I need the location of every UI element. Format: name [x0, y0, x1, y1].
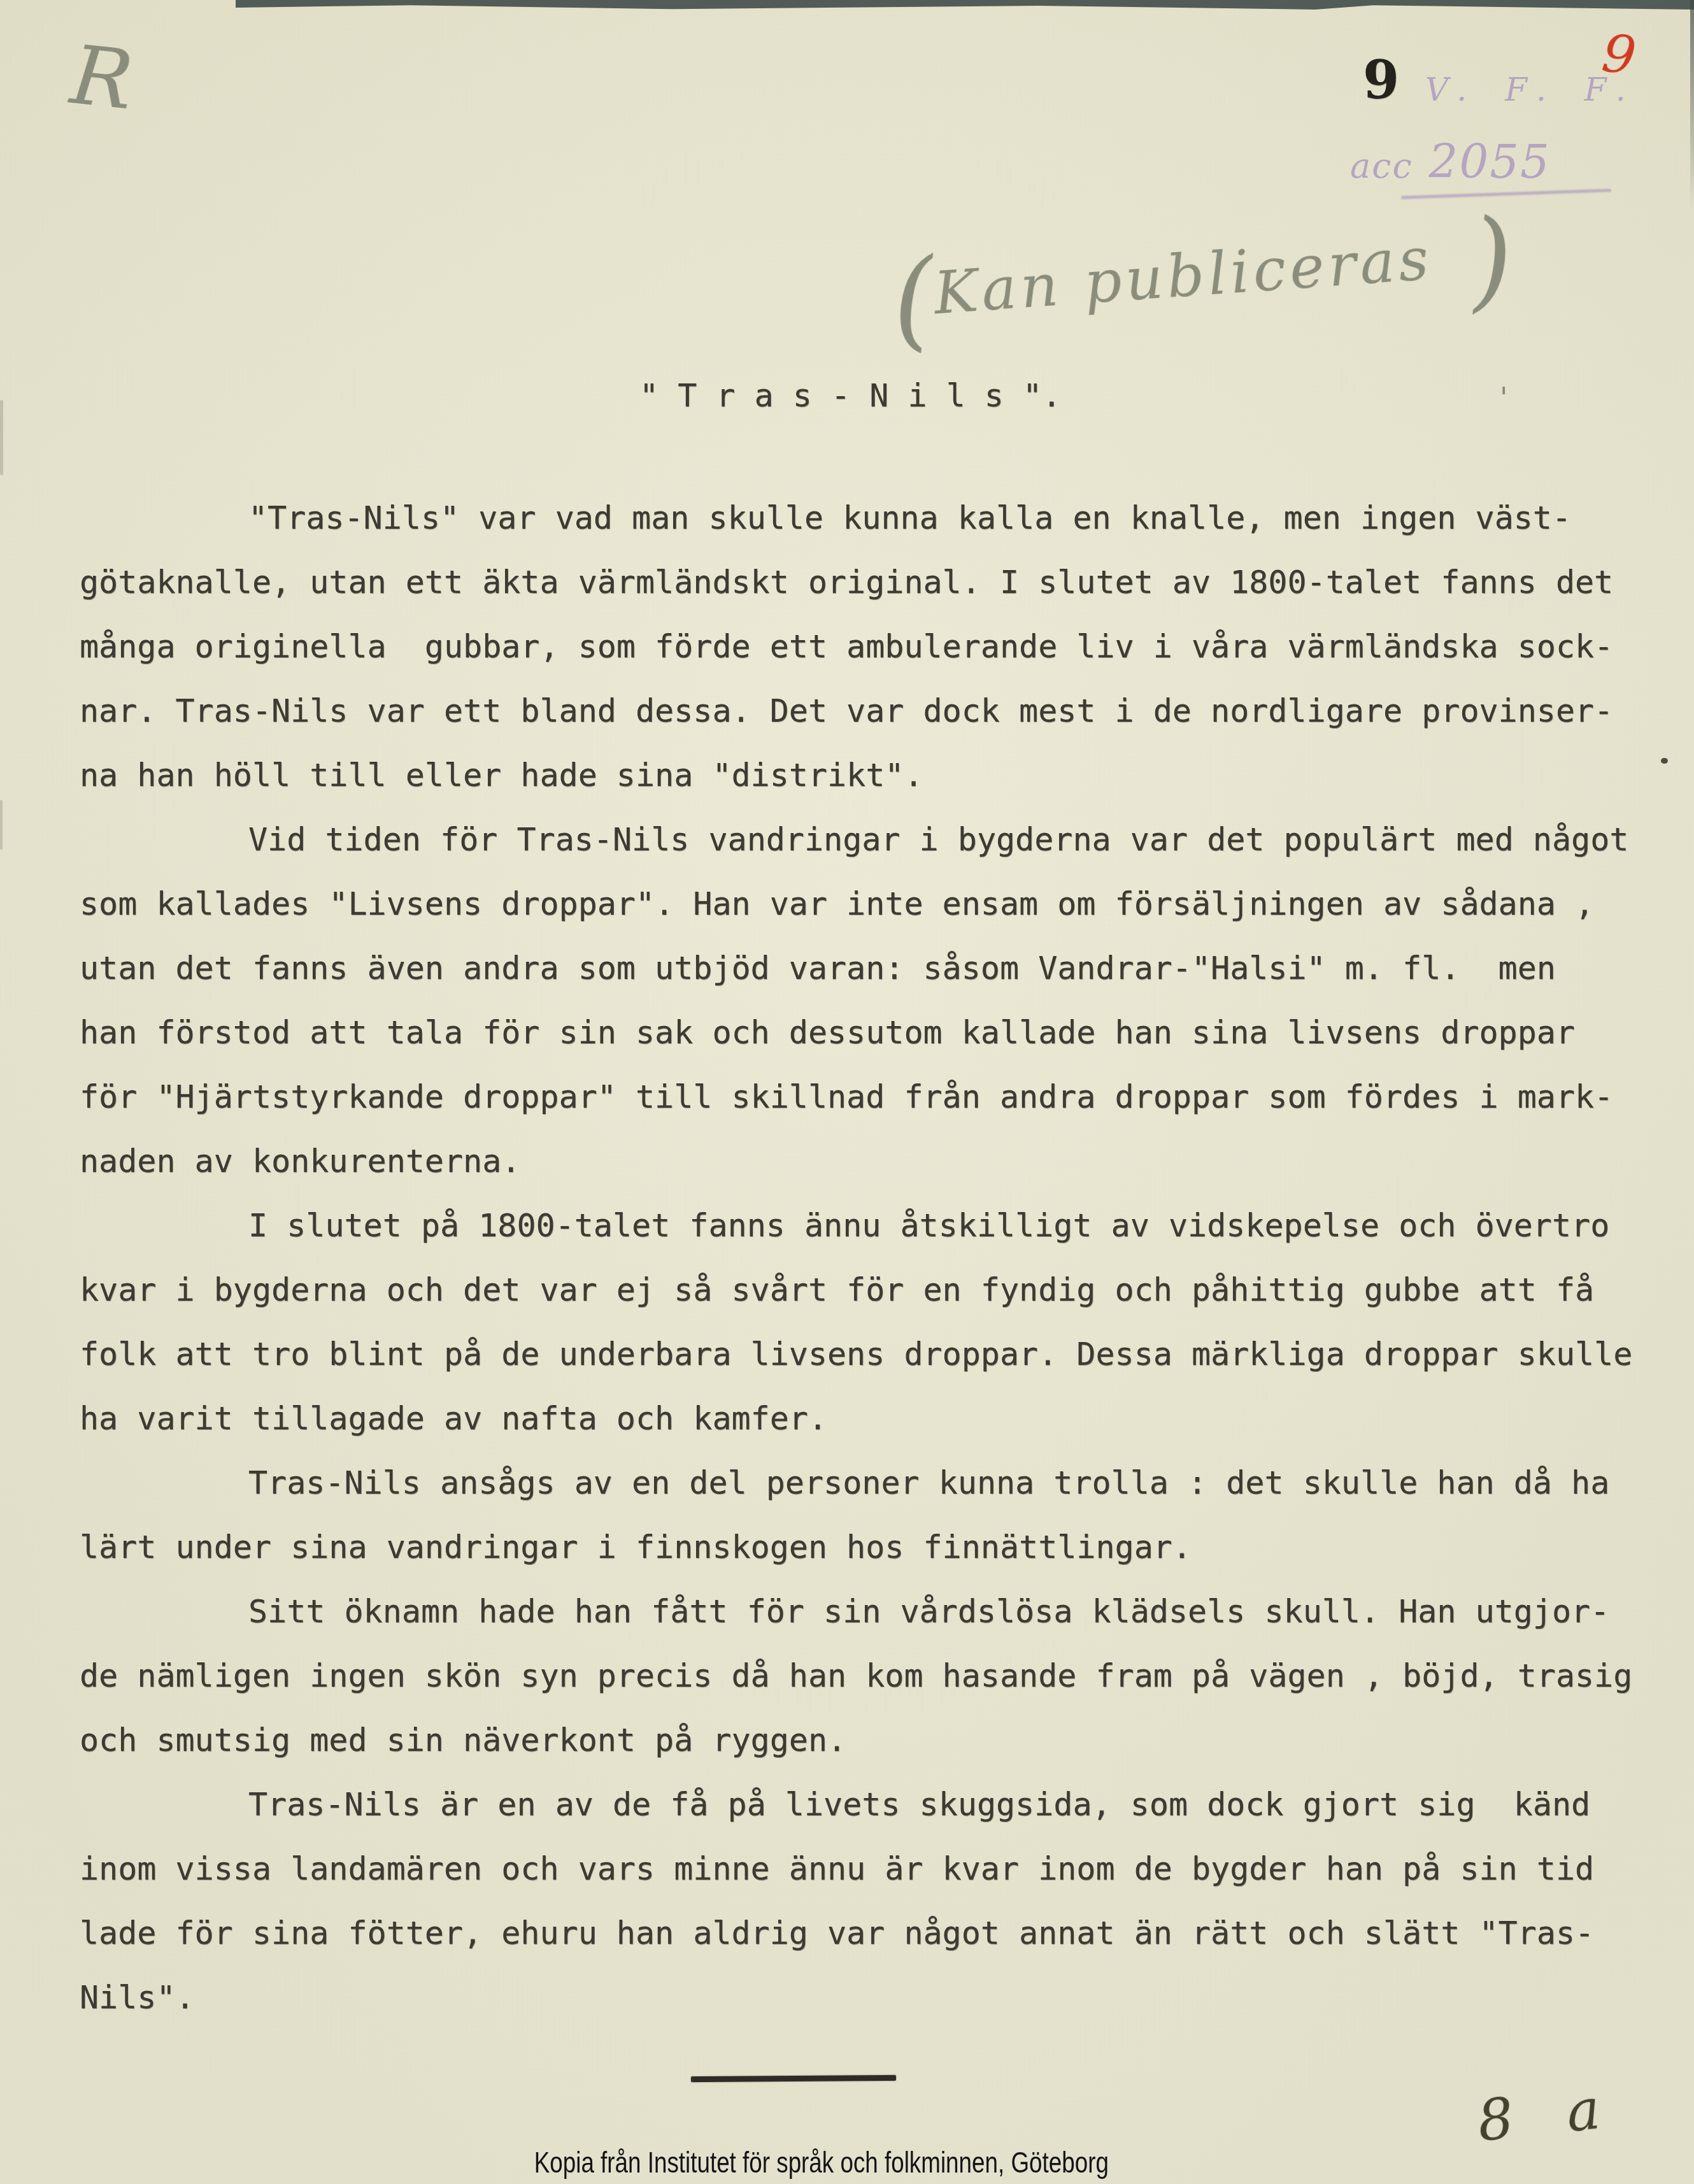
scan-edge-right — [1690, 0, 1694, 210]
typed-divider-line — [691, 2075, 896, 2082]
typed-line: lade för sina fötter, ehuru han aldrig v… — [80, 1917, 1594, 1949]
accession-prefix: acc — [1350, 146, 1413, 186]
typed-line: utan det fanns även andra som utbjöd var… — [80, 952, 1556, 984]
typed-line: kvar i bygderna och det var ej så svårt … — [80, 1274, 1594, 1306]
archive-accession-number: acc 2055 — [1350, 135, 1551, 189]
handwritten-initial-r: R — [66, 27, 137, 128]
typed-line: många originella gubbar, som förde ett a… — [80, 631, 1613, 662]
typed-line: naden av konkurenterna. — [80, 1145, 520, 1177]
typed-line: ha varit tillagade av nafta och kamfer. — [80, 1402, 827, 1434]
typed-line: Nils". — [80, 1981, 195, 2013]
typed-line: som kallades "Livsens droppar". Han var … — [80, 888, 1594, 920]
typed-line: I slutet på 1800-talet fanns ännu åtskil… — [80, 1210, 1609, 1241]
handwritten-bottom-mark: 8 a — [1474, 2074, 1621, 2154]
publish-note-gap — [1434, 276, 1472, 279]
typed-line: Vid tiden för Tras-Nils vandringar i byg… — [80, 824, 1628, 855]
document-title: " T r a s - N i l s ". — [639, 380, 1061, 411]
typed-line: de nämligen ingen skön syn precis då han… — [80, 1660, 1632, 1692]
scan-edge-top — [236, 0, 1694, 10]
page-number-typed: 9 — [1363, 50, 1399, 111]
typed-line: Sitt öknamn hade han fått för sin vårdsl… — [80, 1595, 1609, 1627]
typed-line: folk att tro blint på de underbara livse… — [80, 1338, 1632, 1370]
publish-note-open-paren: ( — [888, 236, 939, 364]
handwritten-publish-note: (Kan publiceras) — [888, 195, 1517, 364]
typed-line: nar. Tras-Nils var ett bland dessa. Det … — [80, 695, 1613, 727]
stray-ink-mark: ' — [1495, 382, 1512, 415]
typed-line: Tras-Nils är en av de få på livets skugg… — [80, 1788, 1590, 1820]
archive-copy-caption: Kopia från Institutet för språk och folk… — [0, 2145, 1643, 2180]
paper-edge-nick — [0, 400, 3, 475]
typed-line: och smutsig med sin näverkont på ryggen. — [80, 1724, 846, 1756]
typed-line: Tras-Nils ansågs av en del personer kunn… — [80, 1467, 1609, 1499]
typed-line: inom vissa landamären och vars minne änn… — [80, 1853, 1594, 1885]
typed-line: götaknalle, utan ett äkta värmländskt or… — [80, 566, 1613, 598]
paper-edge-nick — [0, 800, 3, 850]
publish-note-close-paren: ) — [1466, 195, 1517, 324]
scanned-typescript-page: R 9 9 V. F. F. acc 2055 (Kan publiceras)… — [0, 0, 1694, 2184]
publish-note-text: Kan publiceras — [932, 225, 1435, 327]
typed-line: lärt under sina vandringar i finnskogen … — [80, 1531, 1192, 1563]
archive-stamp-initials: V. F. F. — [1425, 71, 1640, 108]
accession-number: 2055 — [1413, 135, 1551, 189]
archive-copy-caption-text: Kopia från Institutet för språk och folk… — [534, 2145, 1109, 2180]
typed-line: för "Hjärtstyrkande droppar" till skilln… — [80, 1081, 1613, 1113]
typed-line: han förstod att tala för sin sak och des… — [80, 1017, 1575, 1048]
typed-line: "Tras-Nils" var vad man skulle kunna kal… — [80, 502, 1571, 534]
ink-speck — [1661, 758, 1668, 764]
typed-line: na han höll till eller hade sina "distri… — [80, 759, 923, 791]
